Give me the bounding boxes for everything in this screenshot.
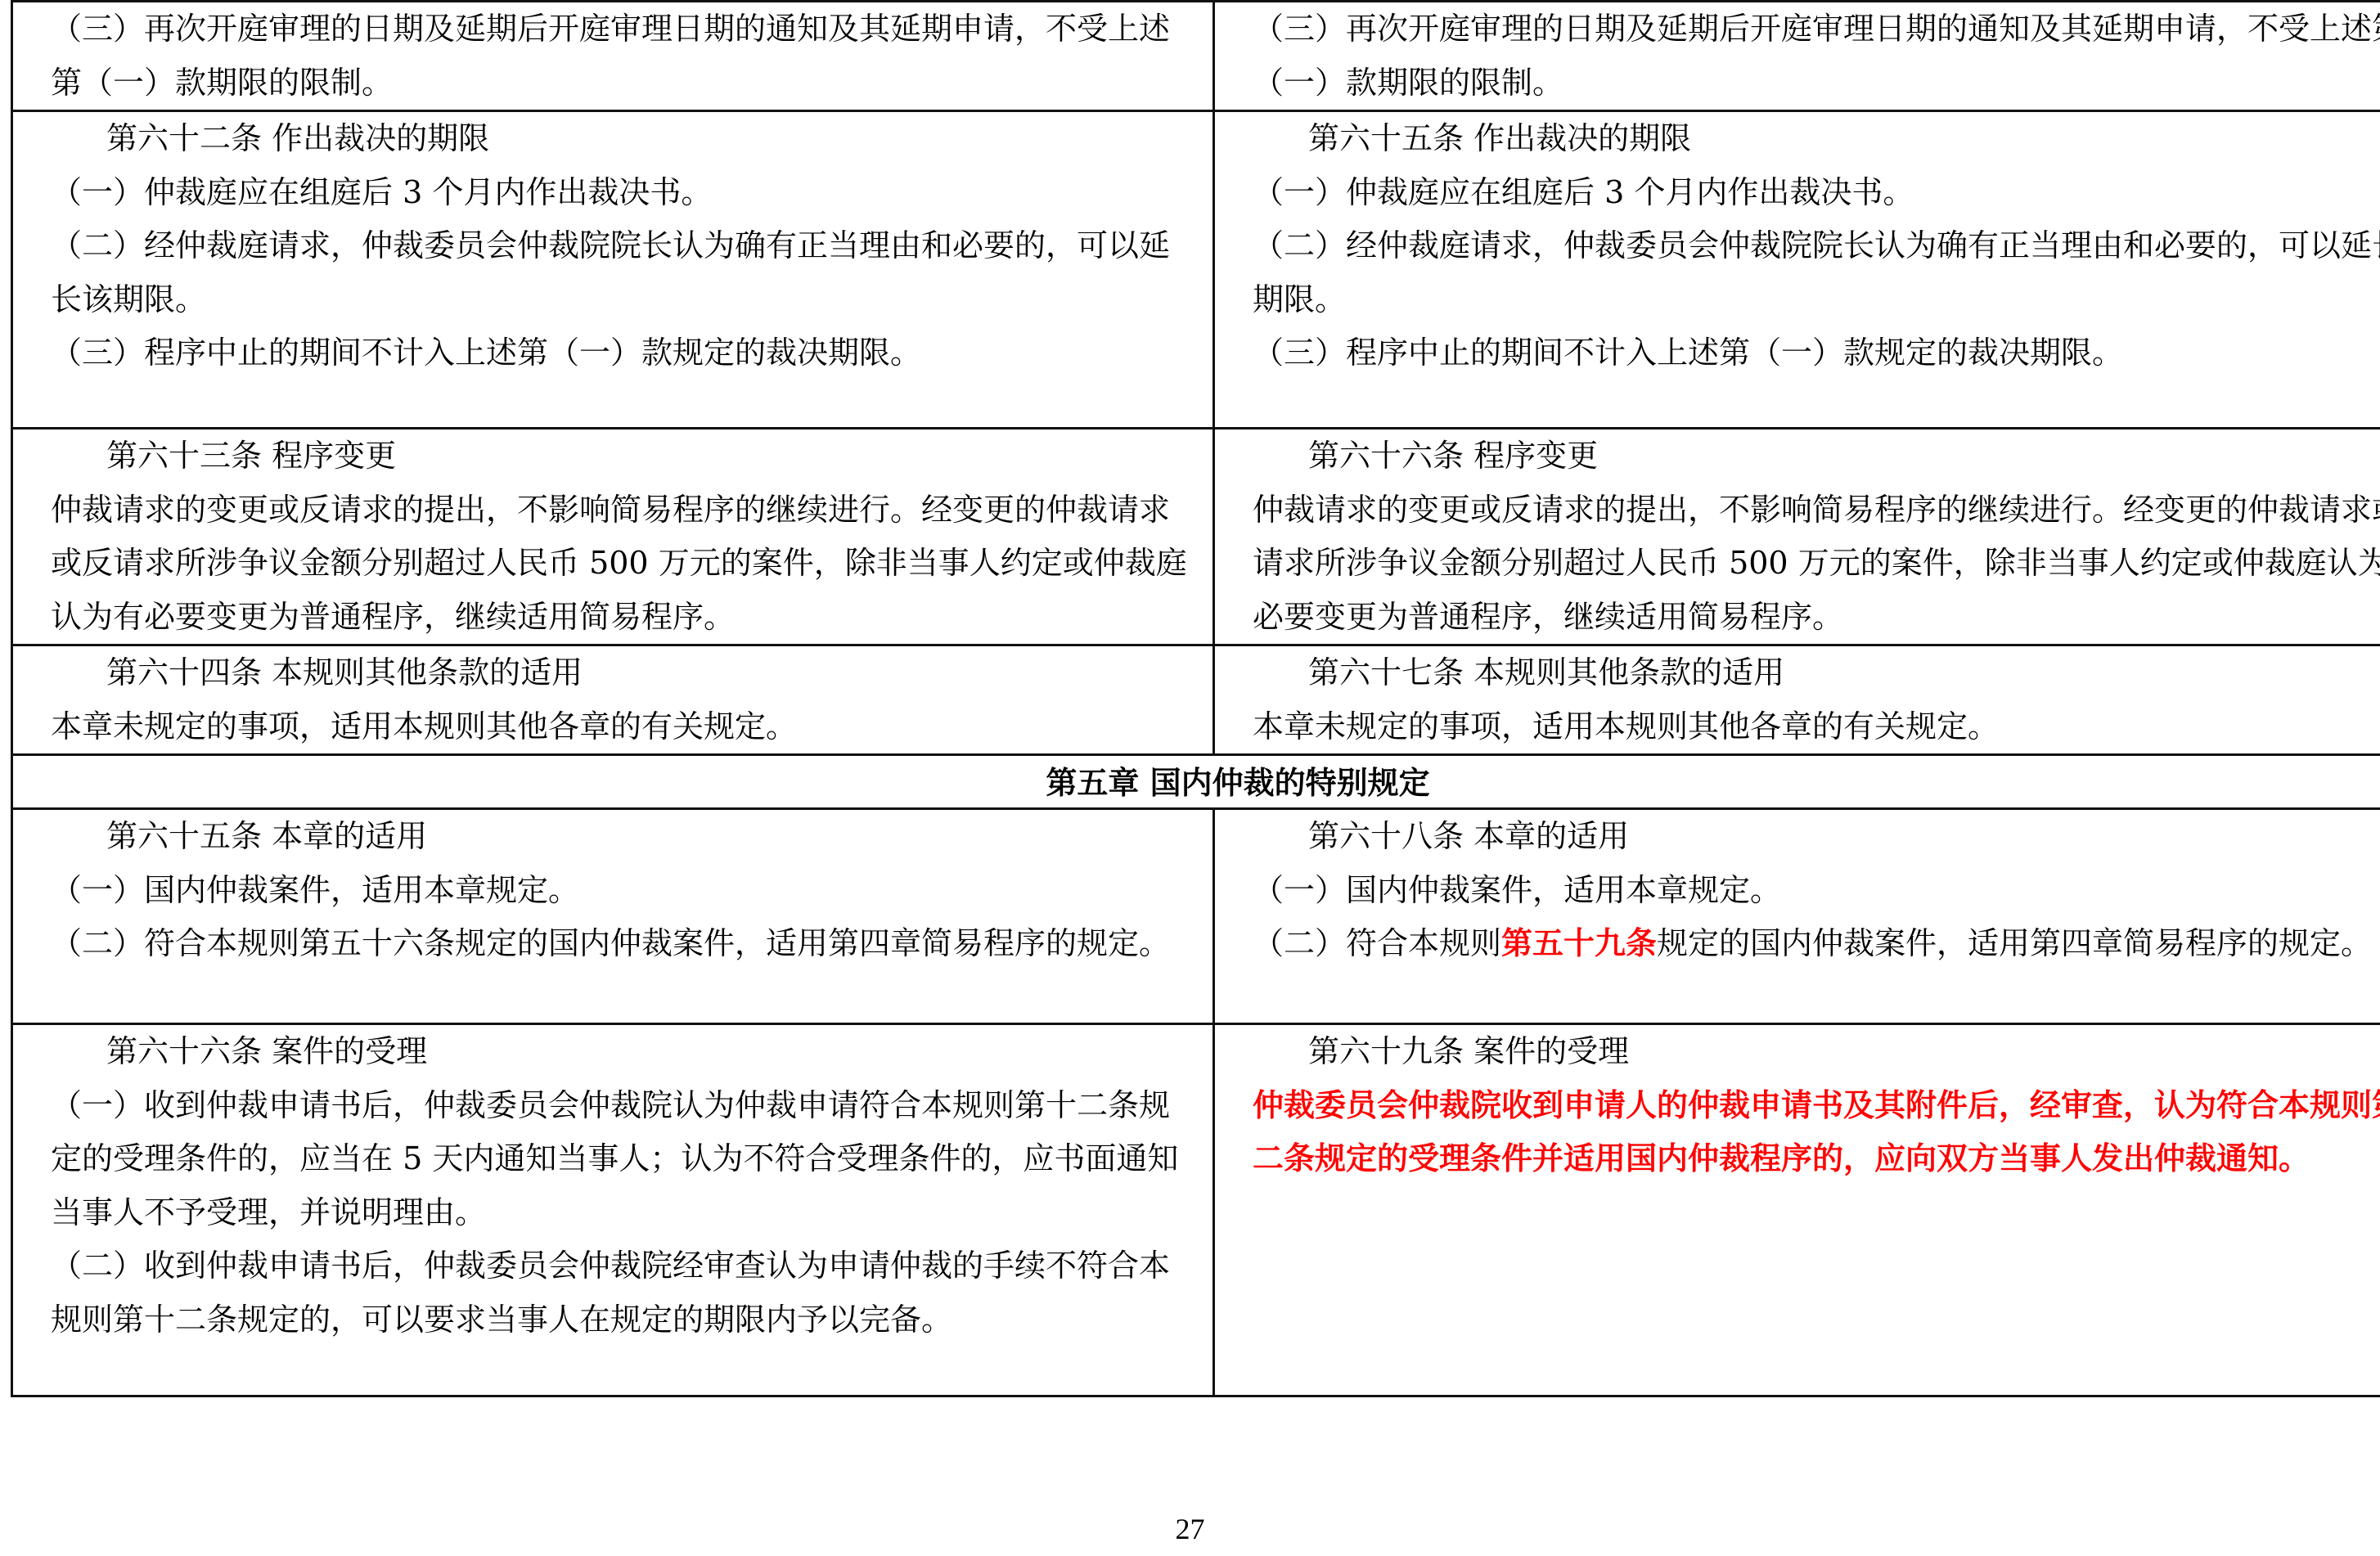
article-title: 第六十六条 程序变更 xyxy=(1236,429,2380,483)
new-rules-cell: 第六十九条 案件的受理 仲裁委员会仲裁院收到申请人的仲裁申请书及其附件后，经审查… xyxy=(1214,1024,2380,1396)
article-title: 第六十二条 作出裁决的期限 xyxy=(34,112,1194,166)
article-title: 第六十五条 本章的适用 xyxy=(34,810,1194,864)
new-rules-cell: 第六十五条 作出裁决的期限 （一）仲裁庭应在组庭后 3 个月内作出裁决书。 （二… xyxy=(1214,111,2380,429)
clause-paragraph: 仲裁请求的变更或反请求的提出，不影响简易程序的继续进行。经变更的仲裁请求或反请求… xyxy=(1236,483,2380,645)
clause-paragraph: （三）程序中止的期间不计入上述第（一）款规定的裁决期限。 xyxy=(1236,326,2380,380)
clause-paragraph: （一）仲裁庭应在组庭后 3 个月内作出裁决书。 xyxy=(1236,166,2380,220)
clause-paragraph: 仲裁请求的变更或反请求的提出，不影响简易程序的继续进行。经变更的仲裁请求或反请求… xyxy=(34,483,1194,645)
article-title: 第六十五条 作出裁决的期限 xyxy=(1236,112,2380,166)
old-rules-cell: 第六十六条 案件的受理 （一）收到仲裁申请书后，仲裁委员会仲裁院认为仲裁申请符合… xyxy=(12,1024,1214,1396)
table-row: 第六十四条 本规则其他条款的适用 本章未规定的事项，适用本规则其他各章的有关规定… xyxy=(12,645,2380,755)
old-rules-cell: 第六十五条 本章的适用 （一）国内仲裁案件，适用本章规定。 （二）符合本规则第五… xyxy=(12,809,1214,1024)
table-row: 第六十六条 案件的受理 （一）收到仲裁申请书后，仲裁委员会仲裁院认为仲裁申请符合… xyxy=(12,1024,2380,1396)
clause-paragraph: （二）符合本规则第五十九条规定的国内仲裁案件，适用第四章简易程序的规定。 xyxy=(1236,917,2380,971)
clause-text: 规定的国内仲裁案件，适用第四章简易程序的规定。 xyxy=(1657,925,2372,961)
clause-paragraph: （二）经仲裁庭请求，仲裁委员会仲裁院院长认为确有正当理由和必要的，可以延长该期限… xyxy=(34,219,1194,326)
clause-paragraph: （一）收到仲裁申请书后，仲裁委员会仲裁院认为仲裁申请符合本规则第十二条规定的受理… xyxy=(34,1079,1194,1240)
clause-paragraph: （二）收到仲裁申请书后，仲裁委员会仲裁院经审查认为申请仲裁的手续不符合本规则第十… xyxy=(34,1239,1194,1347)
chapter-heading: 第五章 国内仲裁的特别规定 xyxy=(12,755,2380,809)
clause-paragraph: （三）再次开庭审理的日期及延期后开庭审理日期的通知及其延期申请，不受上述第（一）… xyxy=(1236,2,2380,110)
article-title: 第六十六条 案件的受理 xyxy=(34,1025,1194,1079)
clause-text: （二）符合本规则 xyxy=(1253,925,1501,961)
old-rules-cell: 第六十四条 本规则其他条款的适用 本章未规定的事项，适用本规则其他各章的有关规定… xyxy=(12,645,1214,755)
new-rules-cell: 第六十七条 本规则其他条款的适用 本章未规定的事项，适用本规则其他各章的有关规定… xyxy=(1214,645,2380,755)
clause-paragraph: （一）国内仲裁案件，适用本章规定。 xyxy=(1236,864,2380,918)
table-row: 第六十五条 本章的适用 （一）国内仲裁案件，适用本章规定。 （二）符合本规则第五… xyxy=(12,809,2380,1024)
clause-paragraph: （三）再次开庭审理的日期及延期后开庭审理日期的通知及其延期申请，不受上述第（一）… xyxy=(34,2,1194,110)
clause-paragraph: （一）国内仲裁案件，适用本章规定。 xyxy=(34,864,1194,918)
clause-paragraph: （三）程序中止的期间不计入上述第（一）款规定的裁决期限。 xyxy=(34,326,1194,380)
clause-paragraph: （二）经仲裁庭请求，仲裁委员会仲裁院院长认为确有正当理由和必要的，可以延长该期限… xyxy=(1236,219,2380,326)
comparison-table: （三）再次开庭审理的日期及延期后开庭审理日期的通知及其延期申请，不受上述第（一）… xyxy=(11,0,2380,1397)
amended-text-highlight: 第五十九条 xyxy=(1501,925,1657,961)
new-rules-cell: （三）再次开庭审理的日期及延期后开庭审理日期的通知及其延期申请，不受上述第（一）… xyxy=(1214,2,2380,111)
new-rules-cell: 第六十八条 本章的适用 （一）国内仲裁案件，适用本章规定。 （二）符合本规则第五… xyxy=(1214,809,2380,1024)
clause-paragraph: （一）仲裁庭应在组庭后 3 个月内作出裁决书。 xyxy=(34,166,1194,220)
article-title: 第六十三条 程序变更 xyxy=(34,429,1194,483)
table-row: （三）再次开庭审理的日期及延期后开庭审理日期的通知及其延期申请，不受上述第（一）… xyxy=(12,2,2380,111)
old-rules-cell: 第六十三条 程序变更 仲裁请求的变更或反请求的提出，不影响简易程序的继续进行。经… xyxy=(12,429,1214,645)
page-number: 27 xyxy=(0,1512,2380,1546)
article-title: 第六十四条 本规则其他条款的适用 xyxy=(34,646,1194,700)
new-rules-cell: 第六十六条 程序变更 仲裁请求的变更或反请求的提出，不影响简易程序的继续进行。经… xyxy=(1214,429,2380,645)
chapter-row: 第五章 国内仲裁的特别规定 xyxy=(12,755,2380,809)
clause-paragraph: （二）符合本规则第五十六条规定的国内仲裁案件，适用第四章简易程序的规定。 xyxy=(34,917,1194,971)
clause-paragraph: 本章未规定的事项，适用本规则其他各章的有关规定。 xyxy=(1236,700,2380,754)
article-title: 第六十八条 本章的适用 xyxy=(1236,810,2380,864)
amended-clause-highlight: 仲裁委员会仲裁院收到申请人的仲裁申请书及其附件后，经审查，认为符合本规则第十二条… xyxy=(1236,1079,2380,1186)
table-row: 第六十二条 作出裁决的期限 （一）仲裁庭应在组庭后 3 个月内作出裁决书。 （二… xyxy=(12,111,2380,429)
table-row: 第六十三条 程序变更 仲裁请求的变更或反请求的提出，不影响简易程序的继续进行。经… xyxy=(12,429,2380,645)
old-rules-cell: 第六十二条 作出裁决的期限 （一）仲裁庭应在组庭后 3 个月内作出裁决书。 （二… xyxy=(12,111,1214,429)
article-title: 第六十九条 案件的受理 xyxy=(1236,1025,2380,1079)
article-title: 第六十七条 本规则其他条款的适用 xyxy=(1236,646,2380,700)
clause-paragraph: 本章未规定的事项，适用本规则其他各章的有关规定。 xyxy=(34,700,1194,754)
old-rules-cell: （三）再次开庭审理的日期及延期后开庭审理日期的通知及其延期申请，不受上述第（一）… xyxy=(12,2,1214,111)
